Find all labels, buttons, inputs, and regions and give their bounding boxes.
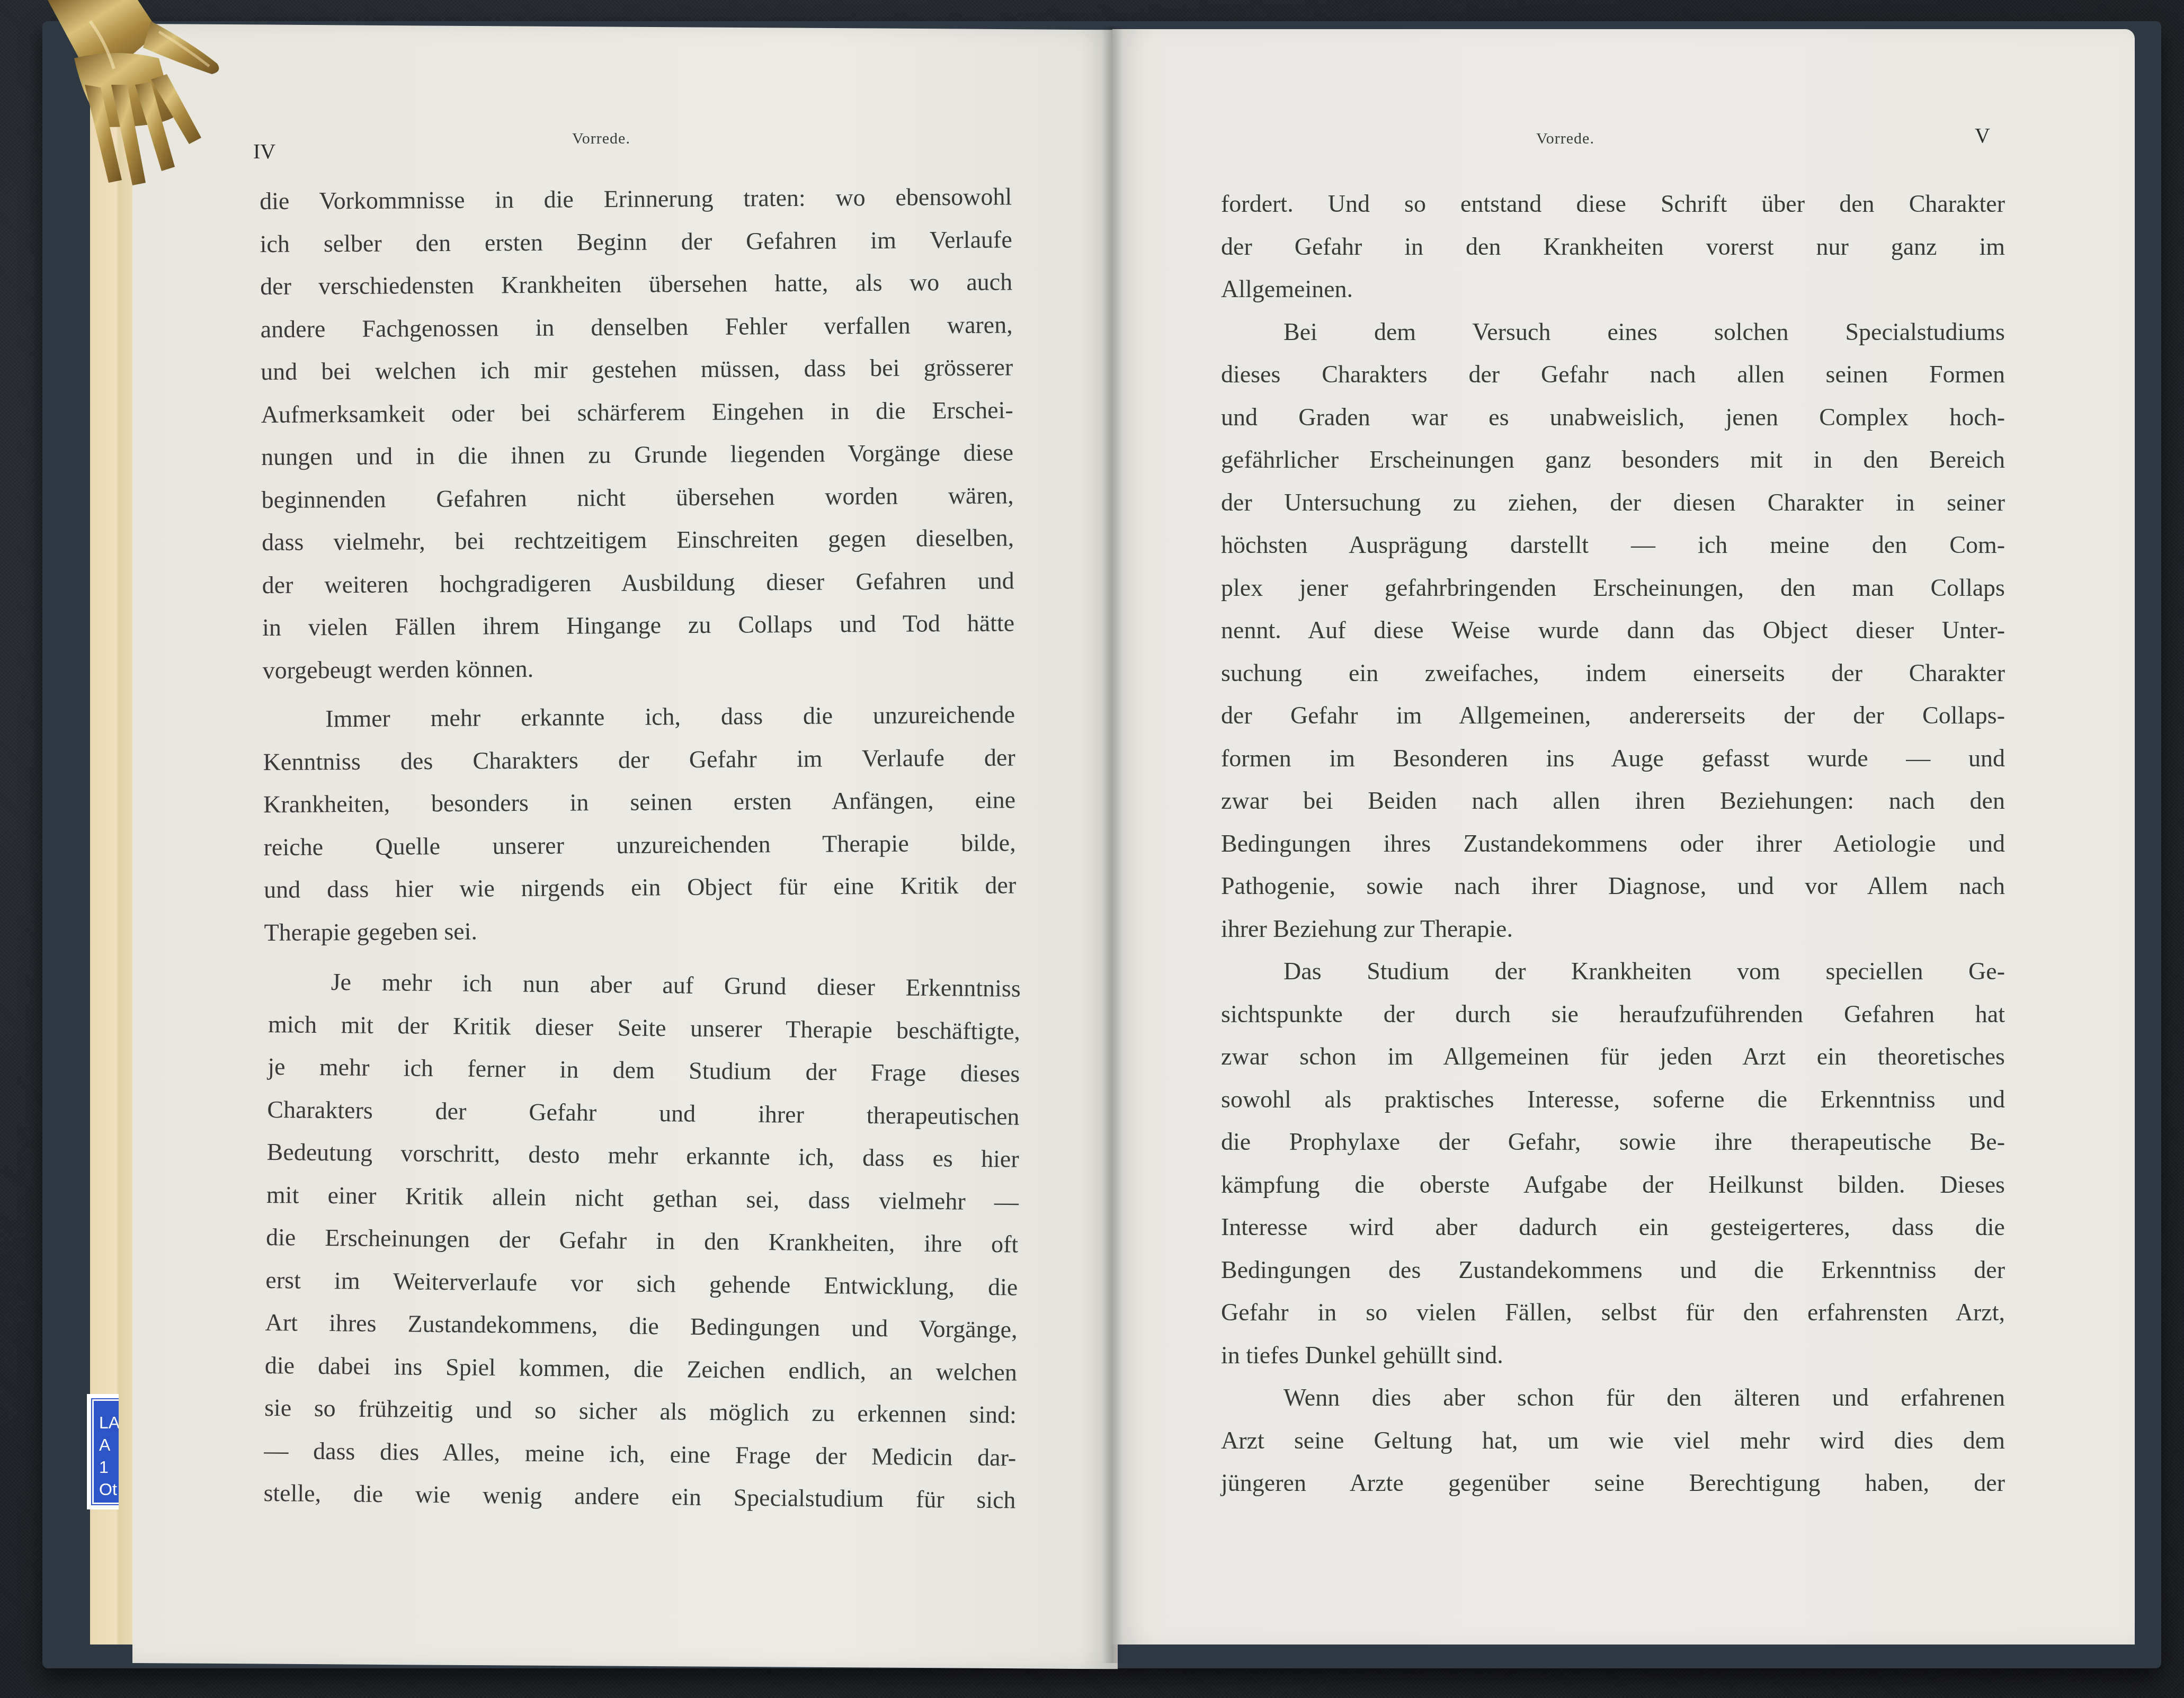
text-line: zwar bei Beiden nach allen ihren Beziehu… [1221,780,2005,823]
text-line: der Untersuchung zu ziehen, der diesen C… [1221,481,2005,524]
paragraph: Bei dem Versuch eines solchen Specialstu… [1221,311,2005,951]
running-head-left: Vorrede. [572,130,630,148]
page-number-right: V [1975,123,1990,148]
text-line: ich selber den ersten Beginn der Gefahre… [260,218,1012,265]
text-line: und bei welchen ich mir gestehen müssen,… [261,346,1013,393]
text-line: ihrer Beziehung zur Therapie. [1221,908,2005,951]
brass-hand-icon [0,0,233,191]
text-line: Pathogenie, sowie nach ihrer Diagnose, u… [1221,865,2005,908]
text-line: Charakters der Gefahr und ihrer therapeu… [267,1088,1020,1138]
text-line: Das Studium der Krankheiten vom speciell… [1221,950,2005,993]
text-line: formen im Besonderen ins Auge gefasst wu… [1221,737,2005,780]
text-line: Krankheiten, besonders in seinen ersten … [263,779,1015,826]
text-line: dass vielmehr, bei rechtzeitigem Einschr… [262,516,1014,564]
text-line: sie so frühzeitig und so sicher als mögl… [264,1387,1017,1436]
paragraph: Je mehr ich nun aber auf Grund dieser Er… [263,960,1021,1522]
text-line: kämpfung die oberste Aufgabe der Heilkun… [1221,1164,2005,1207]
text-line: Aufmerksamkeit oder bei schärferem Einge… [261,389,1013,436]
page-number-left: IV [253,139,275,164]
text-line: der Gefahr im Allgemeinen, andererseits … [1221,694,2005,737]
paragraph: Immer mehr erkannte ich, dass die unzure… [263,693,1017,954]
text-line: stelle, die wie wenig andere ein Special… [263,1472,1016,1522]
text-line: und dass hier wie nirgends ein Object fü… [264,864,1016,911]
text-line: nungen und in die ihnen zu Grunde liegen… [261,431,1013,478]
paragraph: Das Studium der Krankheiten vom speciell… [1221,950,2005,1377]
text-line: der weiteren hochgradigeren Ausbildung d… [262,559,1014,606]
text-line: Arzt seine Geltung hat, um wie viel mehr… [1221,1419,2005,1462]
paragraph: Wenn dies aber schon für den älteren und… [1221,1377,2005,1505]
text-line: — dass dies Alles, meine ich, eine Frage… [264,1429,1017,1479]
book-gutter [1102,26,1123,1663]
sticker-line: 1 [99,1456,119,1478]
text-line: Bei dem Versuch eines solchen Specialstu… [1221,311,2005,354]
text-line: Therapie gegeben sei. [264,907,1016,954]
text-line: Kenntniss des Charakters der Gefahr im V… [263,736,1015,783]
text-line: Allgemeinen. [1221,268,2005,311]
text-line: plex jener gefahrbringenden Erscheinunge… [1221,567,2005,610]
text-line: Interesse wird aber dadurch ein gesteige… [1221,1206,2005,1249]
text-line: in tiefes Dunkel gehüllt sind. [1221,1334,2005,1377]
right-page-text: fordert. Und so entstand diese Schrift ü… [1221,183,2005,1505]
text-line: mich mit der Kritik dieser Seite unserer… [268,1003,1021,1052]
text-line: nennt. Auf diese Weise wurde dann das Ob… [1221,609,2005,652]
running-head-right: Vorrede. [1536,130,1594,148]
text-line: zwar schon im Allgemeinen für jeden Arzt… [1221,1035,2005,1078]
text-line: Bedingungen ihres Zustandekommens oder i… [1221,823,2005,865]
text-line: die Prophylaxe der Gefahr, sowie ihre th… [1221,1121,2005,1164]
paragraph: fordert. Und so entstand diese Schrift ü… [1221,183,2005,311]
text-line: sichtspunkte der durch sie heraufzuführe… [1221,993,2005,1036]
text-line: reiche Quelle unserer unzureichenden The… [263,821,1015,869]
paragraph: die Vorkommnisse in die Erinnerung trate… [260,175,1015,692]
text-line: die dabei ins Spiel kommen, die Zeichen … [264,1344,1017,1393]
text-line: Art ihres Zustandekommens, die Bedingung… [265,1301,1018,1351]
text-line: mit einer Kritik allein nicht gethan sei… [266,1173,1019,1223]
text-line: andere Fachgenossen in denselben Fehler … [260,303,1012,351]
text-line: dieses Charakters der Gefahr nach allen … [1221,353,2005,396]
text-line: höchsten Ausprägung darstellt — ich mein… [1221,524,2005,567]
text-line: vorgebeugt werden können. [262,645,1014,692]
text-line: die Vorkommnisse in die Erinnerung trate… [260,175,1012,222]
text-line: die Erscheinungen der Gefahr in den Kran… [266,1216,1019,1266]
text-line: der Gefahr in den Krankheiten vorerst nu… [1221,226,2005,269]
sticker-line: LA [99,1411,119,1434]
text-line: suchung ein zweifaches, indem einerseits… [1221,652,2005,695]
text-line: Immer mehr erkannte ich, dass die unzure… [263,693,1015,740]
text-line: sowohl als praktisches Interesse, sofern… [1221,1078,2005,1121]
text-line: der verschiedensten Krankheiten übersehe… [260,261,1012,308]
text-line: in vielen Fällen ihrem Hingange zu Colla… [262,602,1014,649]
text-line: Wenn dies aber schon für den älteren und… [1221,1377,2005,1419]
text-line: fordert. Und so entstand diese Schrift ü… [1221,183,2005,226]
text-line: Bedingungen des Zustandekommens und die … [1221,1249,2005,1292]
text-line: gefährlicher Erscheinungen ganz besonder… [1221,439,2005,481]
text-line: Je mehr ich nun aber auf Grund dieser Er… [268,960,1021,1010]
text-line: je mehr ich ferner in dem Studium der Fr… [268,1045,1020,1095]
library-sticker: LA A 1 Ot [87,1394,119,1509]
text-line: beginnenden Gefahren nicht übersehen wor… [261,474,1013,521]
text-line: erst im Weiterverlaufe vor sich gehende … [265,1258,1018,1308]
sticker-line: Ot [99,1478,119,1500]
text-line: Bedeutung vorschritt, desto mehr erkannt… [266,1131,1019,1181]
text-line: jüngeren Arzte gegenüber seine Berechtig… [1221,1462,2005,1505]
text-line: und Graden war es unabweislich, jenen Co… [1221,396,2005,439]
left-page-text: die Vorkommnisse in die Erinnerung trate… [260,175,1020,1514]
sticker-line: A [99,1434,119,1456]
text-line: Gefahr in so vielen Fällen, selbst für d… [1221,1291,2005,1334]
